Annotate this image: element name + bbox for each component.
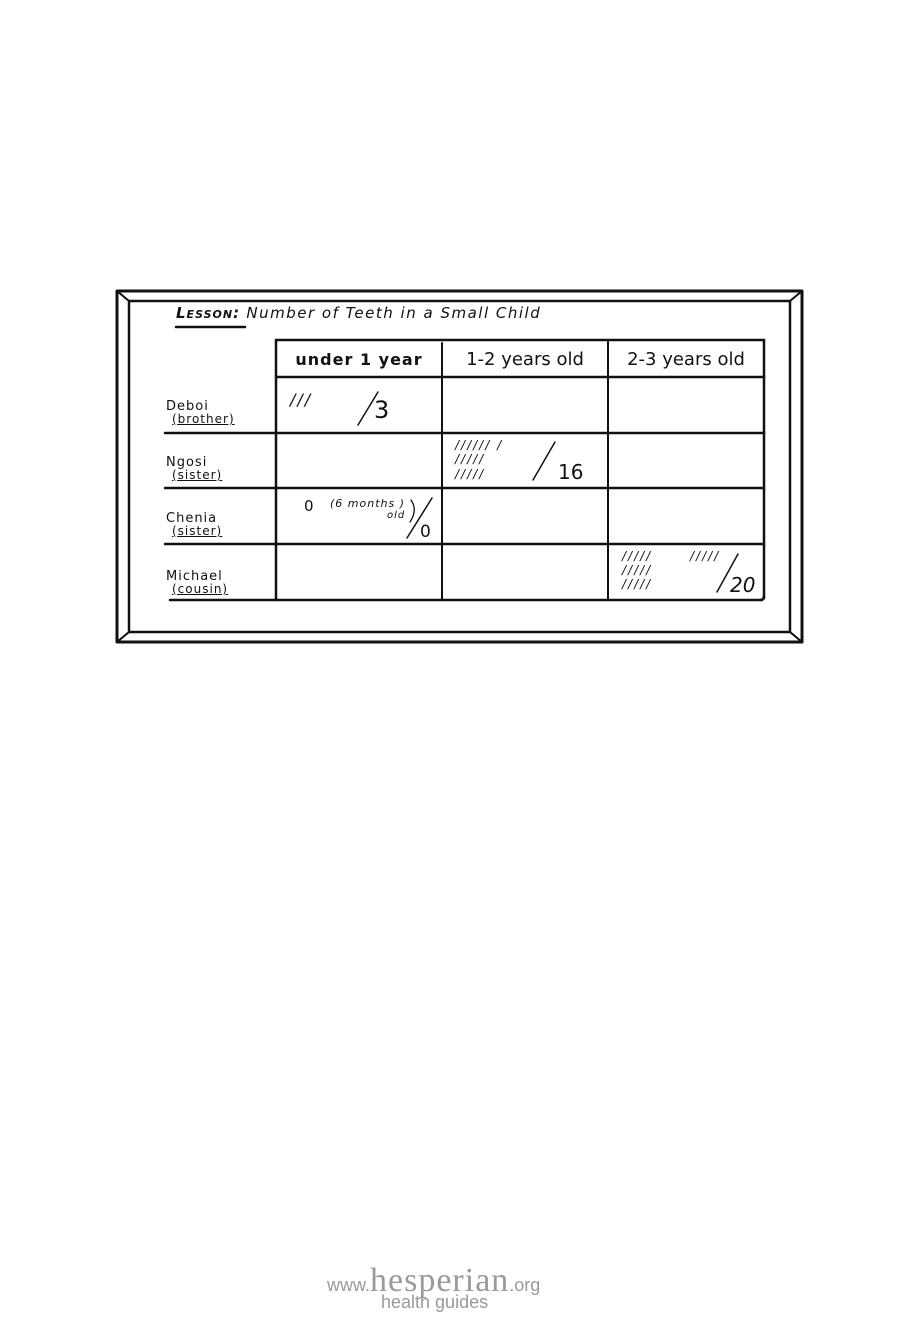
tally-michael-line-1b: ///// [690,549,720,563]
row-relation: (sister) [166,469,274,482]
total-ngosi: 16 [558,460,583,484]
tally-michael-line-1a: ///// [622,549,652,563]
row-label-deboi: Deboi (brother) [166,400,274,426]
total-michael: 20 [730,573,755,597]
column-header-2-3-years: 2-3 years old [608,342,764,376]
column-header-under-1-year: under 1 year [276,342,442,376]
row-label-chenia: Chenia (sister) [166,512,274,538]
tally-ngosi-line-1: ////// / [455,438,503,452]
row-relation: (brother) [166,413,274,426]
column-header-1-2-years: 1-2 years old [442,342,608,376]
row-label-michael: Michael (cousin) [166,570,274,596]
row-relation: (sister) [166,525,274,538]
logo-www: www. [327,1275,370,1295]
tally-deboi: /// [290,390,312,409]
row-label-ngosi: Ngosi (sister) [166,456,274,482]
chalkboard-frame [0,0,900,1331]
lesson-subject: Number of Teeth in a Small Child [246,304,541,322]
lesson-title: Lesson: Number of Teeth in a Small Child [176,304,541,322]
tally-michael-line-3: ///// [622,577,652,591]
lesson-label: Lesson: [176,304,240,322]
tally-ngosi-line-2: ///// [455,452,485,466]
total-chenia: 0 [420,522,431,542]
tally-michael-line-2: ///// [622,563,652,577]
total-deboi: 3 [374,396,389,424]
chenia-age-note-old: old [387,510,405,521]
row-relation: (cousin) [166,583,274,596]
tally-chenia-zero: 0 [304,497,316,515]
tally-ngosi-line-3: ///// [455,467,485,481]
hesperian-footer-logo[interactable]: www.hesperian.org health guides [327,1262,577,1300]
logo-tagline: health guides [381,1292,488,1313]
logo-tld: .org [509,1275,540,1295]
chenia-age-note: (6 months ) [330,497,405,510]
